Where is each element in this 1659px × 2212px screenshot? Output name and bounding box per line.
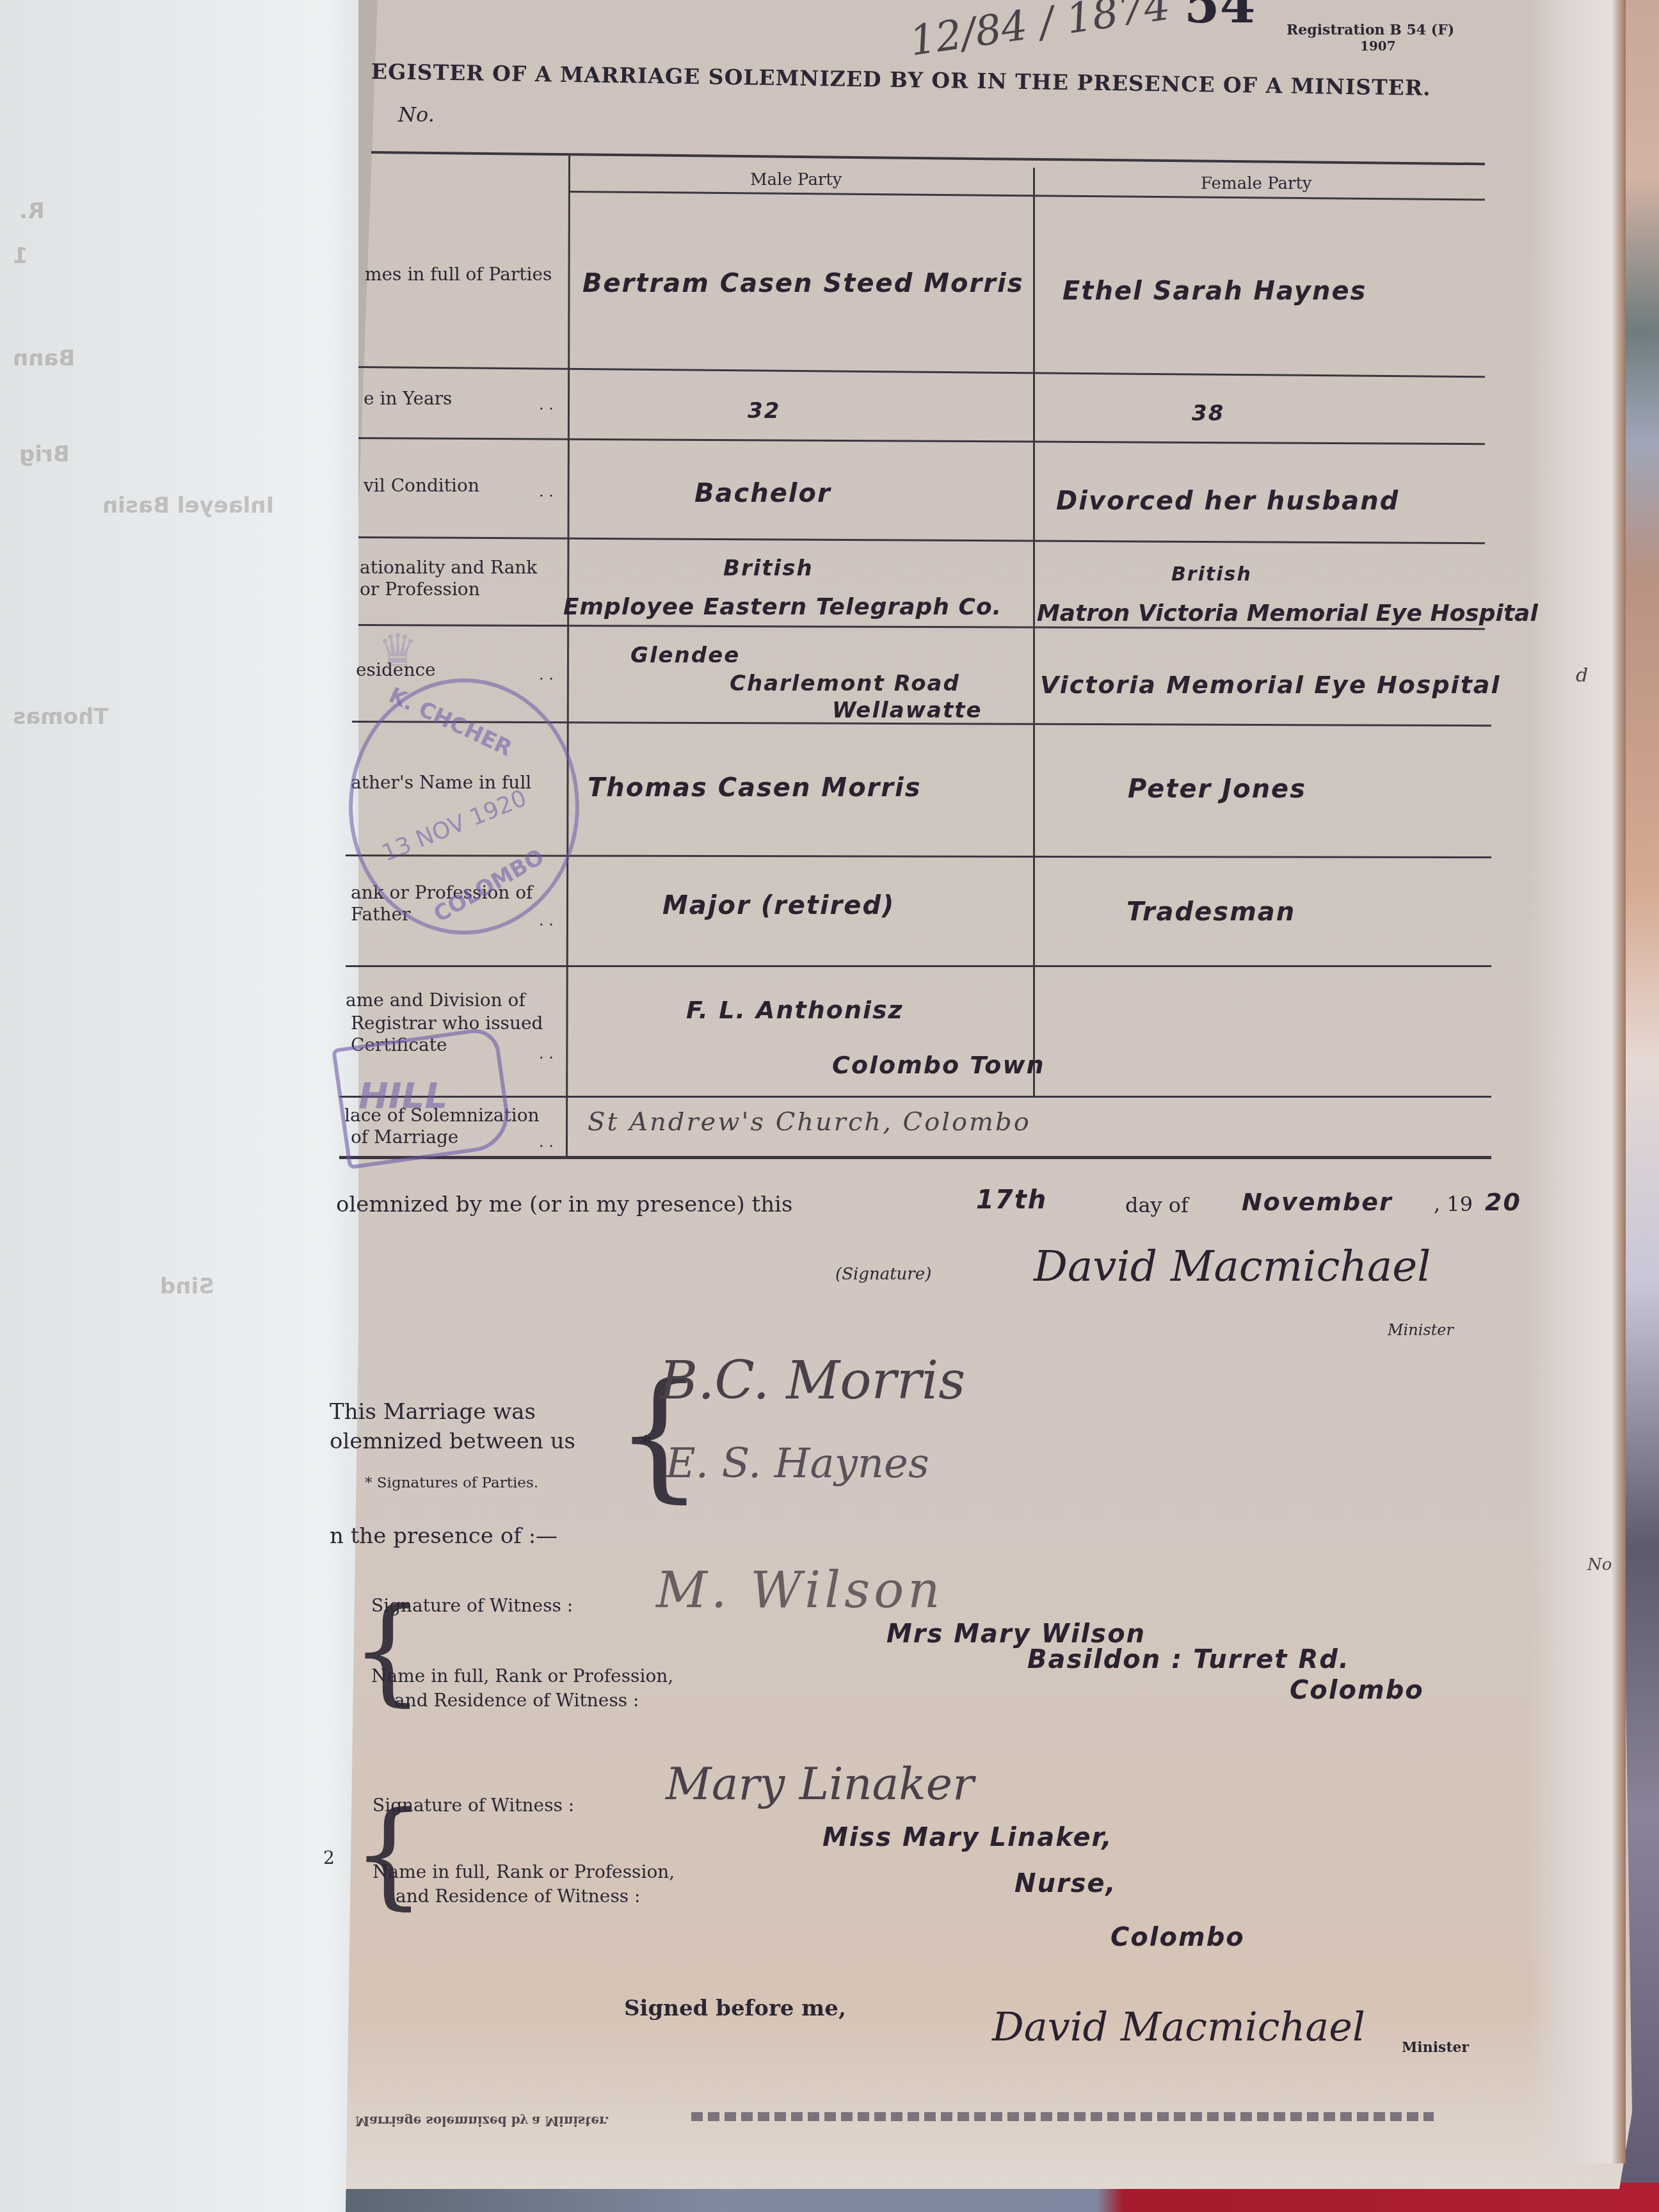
witness-1-signature-label: Signature of Witness : — [371, 1595, 573, 1616]
form-year: 1907 — [1360, 38, 1396, 54]
minister-signature: David Macmichael — [1034, 1242, 1431, 1291]
number-label: No. — [398, 102, 435, 127]
row-label-registrar: ame and Division of — [346, 990, 525, 1011]
male-civil-condition: Bachelor — [694, 479, 831, 508]
witness-2-number: 2 — [323, 1847, 335, 1868]
parties-line-2: olemnized between us — [330, 1429, 575, 1454]
male-profession: Employee Eastern Telegraph Co. — [563, 594, 1002, 620]
footer-script-text — [691, 2112, 1434, 2121]
solemnized-prefix: olemnized by me (or in my presence) this — [336, 1192, 792, 1217]
witness-1-address: Basildon : Turret Rd. — [1027, 1645, 1350, 1674]
male-father-profession: Major (retired) — [662, 891, 895, 920]
leader-dots: . . — [539, 396, 554, 413]
male-party-signature: B.C. Morris — [659, 1350, 965, 1411]
bleed-through-text: Sind — [160, 1274, 214, 1299]
bleed-through-text: Bann — [13, 346, 75, 371]
male-party-header: Male Party — [750, 170, 842, 189]
witness-2-name-label-2: and Residence of Witness : — [396, 1886, 641, 1907]
bleed-through-text: 1 — [13, 243, 28, 269]
witness-1-city: Colombo — [1290, 1676, 1424, 1705]
female-nationality: British — [1171, 563, 1252, 586]
row-label-nationality-profession: ationality and Rank or Profession — [360, 557, 537, 600]
row-divider — [346, 965, 1491, 967]
day-of-label: day of — [1125, 1193, 1189, 1217]
place-of-solemnization: St Andrew's Church, Colombo — [588, 1107, 1031, 1137]
presence-label: n the presence of :— — [330, 1523, 557, 1549]
form-code: Registration B 54 (F) — [1286, 22, 1454, 38]
witness-2-signature-label: Signature of Witness : — [373, 1795, 574, 1816]
parties-line-1: This Marriage was — [330, 1399, 536, 1425]
witness-2-profession: Nurse, — [1014, 1869, 1117, 1898]
margin-note: d — [1576, 664, 1588, 687]
female-name: Ethel Sarah Haynes — [1062, 276, 1366, 306]
female-father-name: Peter Jones — [1128, 774, 1306, 804]
margin-note: No — [1587, 1555, 1612, 1575]
leader-dots: . . — [539, 483, 554, 501]
witness-1-name-label: Name in full, Rank or Profession, — [371, 1665, 673, 1687]
witness-2-city: Colombo — [1110, 1923, 1245, 1952]
male-age: 32 — [748, 398, 780, 424]
page-number: 54 — [1184, 0, 1255, 35]
leader-dots: . . — [539, 1133, 554, 1151]
witness-2-name: Miss Mary Linaker, — [822, 1823, 1113, 1852]
solemnized-day: 17th — [976, 1185, 1047, 1215]
male-father-name: Thomas Casen Morris — [588, 773, 922, 803]
witness-1-name-label-2: and Residence of Witness : — [394, 1690, 639, 1711]
footer-text: Marriage solemnized by a Minister. — [355, 2113, 609, 2129]
bleed-through-text: Thomas — [13, 704, 108, 730]
female-profession: Matron Victoria Memorial Eye Hospital — [1037, 600, 1538, 627]
column-divider — [1033, 168, 1035, 1096]
box-stamp-text: HILL — [358, 1075, 447, 1117]
female-age: 38 — [1192, 401, 1224, 426]
row-label-age: e in Years — [364, 388, 452, 409]
crown-icon: ♛ — [378, 624, 418, 677]
row-label-registrar-2: Registrar who issued — [351, 1013, 543, 1034]
bleed-through-text: Inlaeyel Basin — [102, 493, 274, 518]
bleed-through-text: Brig — [19, 442, 70, 467]
asterisk: * — [640, 1431, 651, 1457]
registrar-division: Colombo Town — [832, 1051, 1045, 1079]
signed-before-signature: David Macmichael — [992, 2003, 1365, 2050]
register-page — [326, 0, 1632, 2189]
signature-label: (Signature) — [835, 1265, 931, 1284]
solemnized-month: November — [1242, 1188, 1393, 1216]
page-edge — [1530, 0, 1626, 2163]
leader-dots: . . — [539, 911, 554, 929]
signed-before-label: Signed before me, — [624, 1996, 846, 2021]
female-civil-condition: Divorced her husband — [1056, 486, 1399, 516]
row-label-names: mes in full of Parties — [365, 264, 552, 285]
male-residence-road: Charlemont Road — [730, 671, 960, 696]
minister-label: Minister — [1388, 1321, 1454, 1339]
female-party-header: Female Party — [1201, 174, 1312, 193]
witness-1-signature: M. Wilson — [656, 1562, 943, 1619]
year-suffix: 20 — [1485, 1188, 1521, 1216]
bleed-through-text: R. — [19, 198, 45, 224]
witness-2-signature: Mary Linaker — [666, 1758, 974, 1810]
male-name: Bertram Casen Steed Morris — [582, 269, 1023, 298]
row-label-civil-condition: vil Condition — [364, 475, 479, 496]
witness-2-name-label: Name in full, Rank or Profession, — [373, 1861, 675, 1882]
male-nationality: British — [723, 556, 813, 581]
male-residence-area: Wellawatte — [832, 698, 982, 723]
female-father-profession: Tradesman — [1126, 897, 1295, 927]
leader-dots: . . — [539, 666, 554, 684]
year-prefix: , 19 — [1434, 1192, 1473, 1216]
male-residence-house: Glendee — [630, 643, 740, 668]
solemnized-statement: olemnized by me (or in my presence) this — [336, 1192, 792, 1217]
registrar-name: F. L. Anthonisz — [686, 996, 904, 1024]
table-bottom-border — [339, 1156, 1491, 1159]
row-divider — [339, 1096, 1491, 1098]
female-residence: Victoria Memorial Eye Hospital — [1040, 671, 1500, 699]
left-facing-page: R. 1 Bann Brig Inlaeyel Basin Thomas Sin… — [0, 0, 358, 2212]
female-party-signature: E. S. Haynes — [666, 1440, 929, 1487]
signed-before-minister-label: Minister — [1402, 2039, 1469, 2056]
parties-note: * Signatures of Parties. — [365, 1475, 538, 1491]
leader-dots: . . — [539, 1045, 554, 1062]
